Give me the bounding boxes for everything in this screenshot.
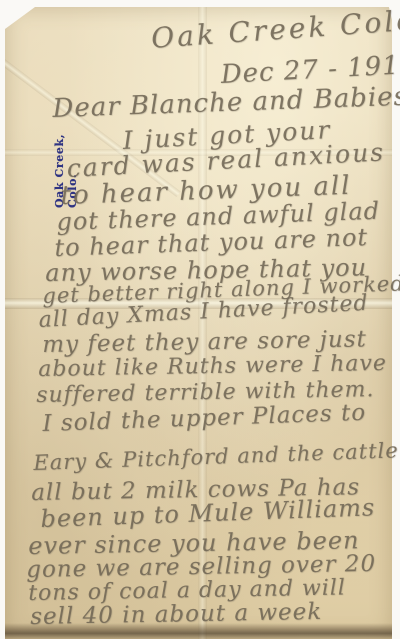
letter-place: Oak Creek Colo: [150, 3, 400, 54]
scan-background: Oak Creek, Colo. Oak Creek ColoDec 27 - …: [0, 0, 400, 639]
letter-line: Eary & Pitchford and the cattle: [33, 438, 399, 475]
letter-line: sell 40 in about a week: [30, 599, 322, 630]
letter-salutation: Dear Blanche and Babies: [52, 82, 400, 124]
letter-body: Oak Creek ColoDec 27 - 1915Dear Blanche …: [0, 0, 400, 639]
